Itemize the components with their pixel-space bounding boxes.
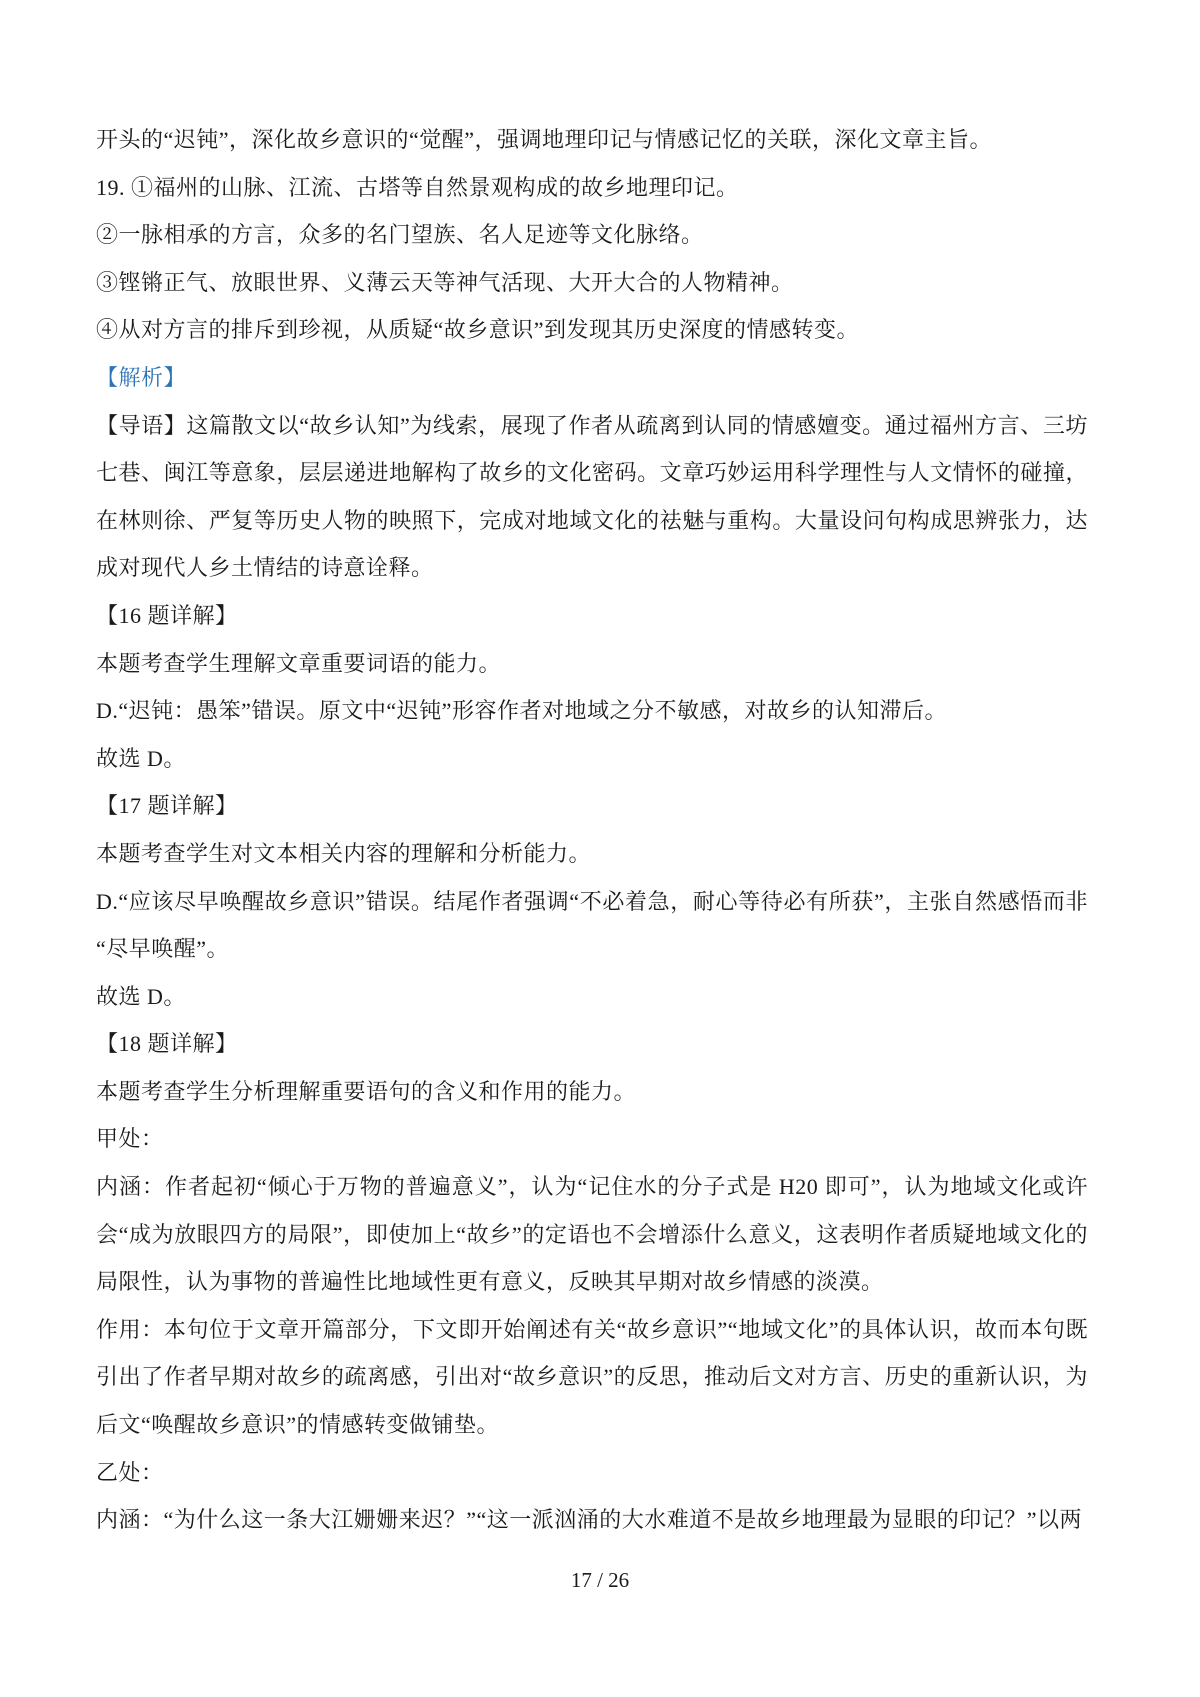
paragraph-q16-ability: 本题考查学生理解文章重要词语的能力。 [96,640,1088,688]
paragraph-q17-analysis: D.“应该尽早唤醒故乡意识”错误。结尾作者强调“不必着急，耐心等待必有所获”，主… [96,878,1088,973]
paragraph-q16-analysis: D.“迟钝：愚笨”错误。原文中“迟钝”形容作者对地域之分不敏感，对故乡的认知滞后… [96,687,1088,735]
heading-q16-explanation: 【16 题详解】 [96,592,1088,640]
paragraph-yi-connotation: 内涵：“为什么这一条大江姗姗来迟？”“这一派汹涌的大水难道不是故乡地理最为显眼的… [96,1496,1088,1544]
paragraph-answer19-point1: 19. ①福州的山脉、江流、古塔等自然景观构成的故乡地理印记。 [96,164,1088,212]
document-body: 开头的“迟钝”，深化故乡意识的“觉醒”，强调地理印记与情感记忆的关联，深化文章主… [96,116,1088,1544]
heading-q18-explanation: 【18 题详解】 [96,1020,1088,1068]
paragraph-daoyu-overview: 【导语】这篇散文以“故乡认知”为线索，展现了作者从疏离到认同的情感嬗变。通过福州… [96,402,1088,592]
heading-q17-explanation: 【17 题详解】 [96,782,1088,830]
label-place-yi: 乙处： [96,1449,1088,1497]
page-number: 17 / 26 [0,1568,1200,1593]
analysis-section-label: 【解析】 [96,354,1088,402]
paragraph-answer19-point2: ②一脉相承的方言，众多的名门望族、名人足迹等文化脉络。 [96,211,1088,259]
paragraph-jia-function: 作用：本句位于文章开篇部分，下文即开始阐述有关“故乡意识”“地域文化”的具体认识… [96,1306,1088,1449]
paragraph-answer-continuation: 开头的“迟钝”，深化故乡意识的“觉醒”，强调地理印记与情感记忆的关联，深化文章主… [96,116,1088,164]
paragraph-jia-connotation: 内涵：作者起初“倾心于万物的普遍意义”，认为“记住水的分子式是 H20 即可”，… [96,1163,1088,1306]
paragraph-q18-ability: 本题考查学生分析理解重要语句的含义和作用的能力。 [96,1068,1088,1116]
paragraph-answer19-point4: ④从对方言的排斥到珍视，从质疑“故乡意识”到发现其历史深度的情感转变。 [96,306,1088,354]
paragraph-q17-answer: 故选 D。 [96,973,1088,1021]
document-page: 开头的“迟钝”，深化故乡意识的“觉醒”，强调地理印记与情感记忆的关联，深化文章主… [0,0,1200,1697]
paragraph-q17-ability: 本题考查学生对文本相关内容的理解和分析能力。 [96,830,1088,878]
paragraph-answer19-point3: ③铿锵正气、放眼世界、义薄云天等神气活现、大开大合的人物精神。 [96,259,1088,307]
label-place-jia: 甲处： [96,1115,1088,1163]
paragraph-q16-answer: 故选 D。 [96,735,1088,783]
